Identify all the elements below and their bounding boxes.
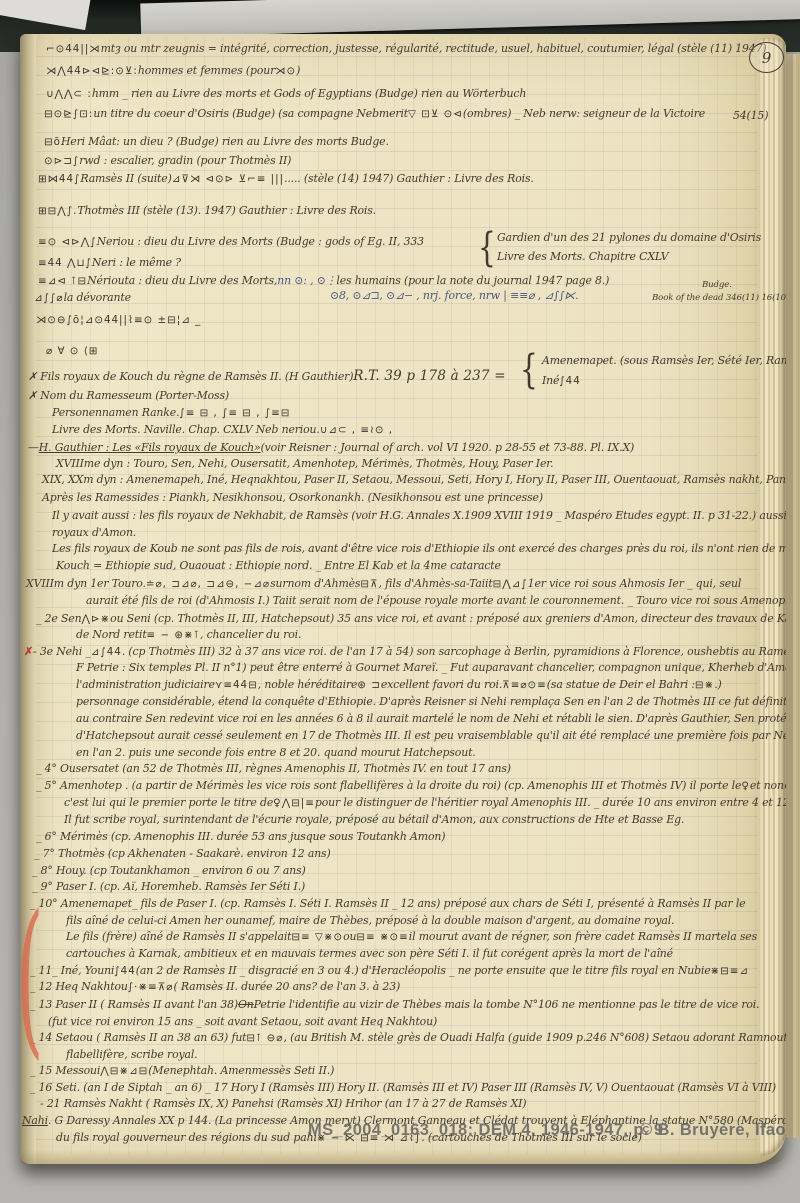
manuscript-lines: ⌐⊙44||⋊ mtȝ ou mtr zeugnis = intégrité, … (20, 34, 786, 1164)
hieroglyph-cluster: ⊟⋇ (695, 680, 714, 690)
text-segment: _ 16 Seti. (an I de Siptah _ an 6) _ 17 … (30, 1083, 776, 1094)
text-segment: Petrie l'identifie au vizir de Thèbes ma… (254, 1000, 760, 1011)
manuscript-line: cartouches à Karnak, ambitieux et en mau… (66, 949, 673, 960)
text-segment: _ 2e Sen (36, 614, 81, 625)
hieroglyph-cluster: ⊟ō (44, 137, 61, 147)
manuscript-line: c'est lui qui le premier porte le titre … (64, 798, 786, 809)
text-segment: royaux d'Amon. (52, 528, 136, 539)
text-segment: ou (343, 932, 356, 943)
text-segment: (sa statue de Deir el Bahri : (547, 680, 695, 691)
hieroglyph-cluster: ∪⋀⋀⊂ : (46, 89, 92, 99)
struck-segment: On (238, 1000, 254, 1011)
text-segment: Il fut scribe royal, surintendant de l'é… (64, 815, 684, 826)
manuscript-line: ≡⊙ ⊲⊳⋀∫ Neriou : dieu du Livre des Morts… (38, 237, 424, 248)
text-segment: ..... (stèle (14) 1947) Gauthier : Livre… (284, 174, 534, 185)
manuscript-line: de Nord retit ≡ − ⊛⋇⊺ , chancelier du ro… (76, 630, 301, 641)
text-segment: , noble héréditaire (258, 680, 358, 691)
manuscript-line: ⌀ ∀ ⊙ ⟨⊞ (46, 346, 98, 357)
manuscript-line: ⊙8, ⊙⊿⊐, ⊙⊿− , nrj. force, nrw | ≡≡⌀ , ⊿… (330, 291, 578, 302)
text-segment: _ 9° Paser I. (cp. Aï, Horemheb. Ramsès … (32, 882, 305, 893)
text-segment: Nériouta : dieu du Livre des Morts, (87, 276, 277, 287)
text-segment: hmm _ rien au Livre des morts et Gods of… (92, 89, 526, 100)
manuscript-line: XVIIIme dyn : Touro, Sen, Nehi, Ousersat… (56, 459, 553, 470)
manuscript-line: ⊞⋈44∫ Ramsès II (suite) ⊿⊽⋊ ⊲⊙⊳ ⊻⌐≡ ||| … (38, 174, 534, 185)
manuscript-line: Book of the dead 346(11) 16(10) (652, 292, 786, 303)
manuscript-line: fils aîné de celui-ci Amen her ounamef, … (66, 916, 674, 927)
manuscript-line: personnage considérable, étend la conquê… (76, 697, 786, 708)
text-segment: Amenemapet. (sous Ramsès Ier, Sété Ier, … (542, 356, 786, 367)
small-note-segment: Budge. (702, 281, 732, 290)
hieroglyph-cluster: ⊞⋈44∫ (38, 174, 80, 184)
text-segment: ✗ Nom du Ramesseum (Porter-Moss) (28, 391, 229, 402)
manuscript-line: Amenemapet. (sous Ramsès Ier, Sété Ier, … (542, 356, 786, 367)
text-segment: la dévorante (64, 293, 131, 304)
text-segment: (ombres) _ Neb nerw: seigneur de la Vict… (463, 109, 705, 120)
text-segment: Heri Mâat: un dieu ? (Budge) rien au Liv… (61, 137, 389, 148)
text-segment: , fils d'Ahmès-sa-Taiit (379, 579, 493, 590)
manuscript-line: Le fils (frère) aîné de Ramsès II s'appe… (66, 932, 757, 943)
text-segment: Neri : le même ? (92, 258, 181, 269)
hieroglyph-cluster: ≐⌀, ⊐⊿⌀, ⊐⊿⊖, −⊿⌀ (146, 579, 270, 589)
text-segment: XIX, XXm dyn : Amenemapeh, Iné, Heqnakht… (42, 475, 786, 486)
manuscript-line: _ 5° Amenhotep . (a partir de Mérimès le… (36, 781, 786, 792)
text-segment: ✗ Fils royaux de Kouch du règne de Ramsè… (28, 372, 353, 383)
hieroglyph-cluster: ⋀⊳⋇ (81, 614, 110, 624)
text-segment: c'est lui qui le premier porte le titre … (64, 798, 273, 809)
hieroglyph-cluster: ⊟≡ ▽⋇⊙ (291, 932, 343, 942)
manuscript-line: _ 8° Houy. (cp Toutankhamon _ environ 6 … (32, 866, 306, 877)
hieroglyph-cluster: ⊟≡ ⋇⊙≡ (356, 932, 408, 942)
text-segment: excellent favori du roi. (381, 680, 502, 691)
manuscript-line: XVIIIm dyn 1er Touro. ≐⌀, ⊐⊿⌀, ⊐⊿⊖, −⊿⌀ … (26, 579, 741, 590)
red-margin-brace: ( (20, 893, 43, 1061)
text-segment: F Petrie : Six temples Pl. II n°1) peut … (76, 663, 786, 674)
text-segment: , chancelier du roi. (200, 630, 301, 641)
watermark: MS_2004_0163_018: DEM 4, 1946-1947, p. 9… (0, 1121, 800, 1143)
manuscript-line: Il fut scribe royal, surintendant de l'é… (64, 815, 684, 826)
hieroglyph-cluster: ⋊⊙ (275, 66, 296, 76)
text-segment: (fut vice roi environ 15 ans _ soit avan… (48, 1017, 437, 1028)
watermark-credit: © B. Bruyère, Ifao (640, 1121, 786, 1140)
hieroglyph-cluster: ∪⊿⊂ , ≡≀⊙ , (320, 425, 393, 435)
hieroglyph-cluster: ⊙⊳⊐∫ (44, 156, 79, 166)
page-number-badge: 9 (749, 42, 784, 73)
text-segment: mtȝ ou mtr zeugnis = intégrité, correcti… (101, 44, 767, 55)
hieroglyph-cluster: ∫44 (559, 376, 580, 386)
text-segment: surnom d'Ahmès (270, 579, 360, 590)
hieroglyph-cluster: ≡⊙ ⊲⊳⋀∫ (38, 237, 97, 247)
manuscript-line: l'administration judiciaire ⋎≡44⊟, noble… (76, 680, 722, 691)
text-segment: _ 5° Amenhotep . (a partir de Mérimès le… (36, 781, 741, 792)
hieroglyph-cluster: ♀⋀⊟|≡ (273, 798, 315, 808)
hieroglyph-cluster: ⋎≡44⊟ (215, 680, 258, 690)
manuscript-line: ≡⊿⊲ ⊺⊟ Nériouta : dieu du Livre des Mort… (38, 276, 609, 287)
manuscript-line: flabellifère, scribe royal. (66, 1050, 197, 1061)
manuscript-line: _ 4° Ousersatet (an 52 de Thotmès III, r… (36, 764, 511, 775)
text-segment: _ 6° Mérimès (cp. Amenophis III. durée 5… (36, 832, 445, 843)
manuscript-line: _ 12 Heq Nakhtou ∫⋅⋇≡⊼⌀ ( Ramsès II. dur… (30, 982, 400, 993)
text-segment: aurait été fils de roi (d'Ahmosis I.) Ta… (86, 596, 786, 607)
scanned-notebook-photo: ⌐⊙44||⋊ mtȝ ou mtr zeugnis = intégrité, … (0, 0, 800, 1203)
text-segment: (voir Reisner : Journal of arch. vol VI … (261, 443, 635, 454)
text-segment: — (28, 443, 39, 454)
manuscript-line: ≡44 ⋀⊔∫ Neri : le même ? (38, 258, 181, 269)
small-note-segment: Book of the dead 346(11) 16(10) (652, 294, 786, 303)
text-segment: (an 2 de Ramsès II _ disgracié en 3 ou 4… (136, 966, 711, 977)
hieroglyph-cluster: ⋊⊙⊖∫ō¦⊿⊙44||⌇≡⊙ ±⊟¦⊿ _ (36, 315, 201, 325)
hieroglyph-cluster: ⌐⊙44||⋊ (46, 44, 101, 54)
curly-brace: { (478, 228, 496, 268)
manuscript-line: _ 2e Sen ⋀⊳⋇ ou Seni (cp. Thotmès II, II… (36, 614, 786, 625)
blue-ink-segment: ⊙8, ⊙⊿⊐, ⊙⊿− , nrj. force, nrw | ≡≡⌀ , ⊿… (330, 291, 578, 302)
text-segment: au contraire Sen redevint vice roi en le… (76, 714, 786, 725)
text-segment: pour le distinguer de l'héritier royal A… (315, 798, 786, 809)
manuscript-line: ⋊⋀44⊳⊲⊵:⊙⊻: hommes et femmes (pour ⋊⊙) (46, 66, 300, 77)
text-segment: _ 7° Thotmès (cp Akhenaten - Saakarè. en… (34, 849, 331, 860)
text-segment: Ramsès II (suite) (80, 174, 171, 185)
manuscript-line: — H. Gauthier : Les «Fils royaux de Kouc… (28, 443, 634, 454)
text-segment: cartouches à Karnak, ambitieux et en mau… (66, 949, 673, 960)
text-segment: hommes et femmes (pour (138, 66, 275, 77)
manuscript-line: Livre des Morts. Chapitre CXLV (497, 252, 668, 263)
text-segment: ( Ramsès II. durée 20 ans? de l'an 3. à … (173, 982, 400, 993)
hieroglyph-cluster: ♀ (741, 781, 750, 791)
manuscript-line: _ 14 Setaou ( Ramsès II an 38 an 63) fut… (30, 1033, 786, 1044)
text-segment: Après les Ramessides : Piankh, Nesikhons… (42, 493, 543, 504)
hieroglyph-cluster: ∫⋅⋇≡⊼⌀ (128, 982, 174, 992)
hieroglyph-cluster: ⋀⊟⋇⊿⊟ (100, 1066, 148, 1076)
hieroglyph-cluster: ⊿⊽⋊ ⊲⊙⊳ ⊻⌐≡ ||| (172, 174, 284, 184)
manuscript-line: Les fils royaux de Koub ne sont pas fils… (52, 544, 786, 555)
hieroglyph-cluster: ⋇⊟≡⊿ (711, 966, 750, 976)
text-segment: XVIIIme dyn : Touro, Sen, Nehi, Ousersat… (56, 459, 553, 470)
hieroglyph-cluster: ⊿∫44 (91, 647, 122, 657)
hieroglyph-cluster: ▽ ⊡⊻ ⊙⊲ (408, 109, 463, 119)
manuscript-line: ⊟ō Heri Mâat: un dieu ? (Budge) rien au … (44, 137, 389, 148)
manuscript-line: ∪⋀⋀⊂ : hmm _ rien au Livre des morts et … (46, 89, 526, 100)
manuscript-line: ⋊⊙⊖∫ō¦⊿⊙44||⌇≡⊙ ±⊟¦⊿ _ (36, 315, 201, 326)
manuscript-line: _ 9° Paser I. (cp. Aï, Horemheb. Ramsès … (32, 882, 305, 893)
text-segment: les humains (pour la note du journal 194… (336, 276, 609, 287)
manuscript-line: (fut vice roi environ 15 ans _ soit avan… (48, 1017, 437, 1028)
text-segment: Iné (542, 376, 559, 387)
manuscript-line: au contraire Sen redevint vice roi en le… (76, 714, 786, 725)
hieroglyph-cluster: ♁ (784, 781, 786, 791)
text-segment: Il y avait aussi : les fils royaux de Ne… (52, 511, 786, 522)
text-segment: Les fils royaux de Koub ne sont pas fils… (52, 544, 786, 555)
curly-brace: { (520, 350, 538, 390)
text-segment: en l'an 2. puis une seconde fois entre 8… (76, 748, 476, 759)
red-x-mark: ✗ (24, 647, 33, 658)
hieroglyph-cluster: ≡ − ⊛⋇⊺ (147, 630, 200, 640)
manuscript-line: ✗ Nom du Ramesseum (Porter-Moss) (28, 391, 229, 402)
hieroglyph-cluster: ∫≡ ⊟ , ∫≡ ⊟ , ∫≡⊟ (179, 408, 290, 418)
text-segment: ) (296, 66, 300, 77)
text-segment: Livre des Morts. Chapitre CXLV (497, 252, 668, 263)
text-segment: (Menephtah. Amenmessès Seti II.) (148, 1066, 334, 1077)
text-segment: il mourut avant de régner, son frère cad… (409, 932, 757, 943)
blue-ink-segment: nn ⊙: , ⊙⋮ (277, 276, 336, 287)
text-segment: . (cp Thotmès III) 32 à 37 ans vice roi.… (122, 647, 786, 658)
manuscript-line: _ 7° Thotmès (cp Akhenaten - Saakarè. en… (34, 849, 331, 860)
text-segment: l'administration judiciaire (76, 680, 215, 691)
manuscript-line: ⊞⊟⋀∫. Thotmès III (stèle (13). 1947) Gau… (38, 206, 376, 217)
hieroglyph-cluster: ⊛ ⊐ (357, 680, 381, 690)
text-segment: et non (750, 781, 784, 792)
text-segment: - 21 Ramsès Nakht ( Ramsès IX, X) Panehs… (40, 1099, 526, 1110)
manuscript-line: _ 13 Paser II ( Ramsès II avant l'an 38)… (30, 1000, 759, 1011)
manuscript-line: ⊙⊳⊐∫ rwd : escalier, gradin (pour Thotmè… (44, 156, 291, 167)
manuscript-line: d'Hatchepsout aurait cessé seulement en … (76, 731, 786, 742)
text-segment: flabellifère, scribe royal. (66, 1050, 197, 1061)
text-segment: , (au British M. stèle grès de Ouadi Hal… (284, 1033, 786, 1044)
text-segment: d'Hatchepsout aurait cessé seulement en … (76, 731, 786, 742)
hieroglyph-cluster: ≡44 ⋀⊔∫ (38, 258, 92, 268)
text-segment: de Nord retit (76, 630, 147, 641)
text-segment: un titre du coeur d'Osiris (Budge) (sa c… (93, 109, 408, 120)
text-segment: Le fils (frère) aîné de Ramsès II s'appe… (66, 932, 291, 943)
hieroglyph-cluster: ⊟⋀⊿∫ (493, 579, 528, 589)
manuscript-line: ⊿∫∫⌀ la dévorante (34, 293, 131, 304)
text-segment: rwd : escalier, gradin (pour Thotmès II) (79, 156, 291, 167)
text-segment: Personennamen Ranke. (52, 408, 179, 419)
text-segment: 54(15) (733, 111, 768, 122)
text-segment: .) (714, 680, 721, 691)
text-segment: Gardien d'un des 21 pylones du domaine d… (497, 233, 761, 244)
text-segment: - 3e Nehi _ (33, 647, 91, 658)
manuscript-line: Budge. (702, 279, 732, 290)
manuscript-line: Personennamen Ranke. ∫≡ ⊟ , ∫≡ ⊟ , ∫≡⊟ (52, 408, 290, 419)
hieroglyph-cluster: ∫44 (114, 966, 135, 976)
text-segment: Livre des Morts. Naville. Chap. CXLV Neb… (52, 425, 320, 436)
hieroglyph-cluster: ⊟⊙⊵∫⊡: (44, 109, 93, 119)
text-segment: _ 4° Ousersatet (an 52 de Thotmès III, r… (36, 764, 511, 775)
manuscript-line: XIX, XXm dyn : Amenemapeh, Iné, Heqnakht… (42, 475, 786, 486)
manuscript-line: _ 6° Mérimès (cp. Amenophis III. durée 5… (36, 832, 445, 843)
manuscript-lines-layer: ⌐⊙44||⋊ mtȝ ou mtr zeugnis = intégrité, … (20, 34, 786, 1164)
hieroglyph-cluster: ⊿∫∫⌀ (34, 293, 64, 303)
manuscript-line: ✗ Fils royaux de Kouch du règne de Ramsè… (28, 370, 506, 384)
hieroglyph-cluster: ≡⊿⊲ ⊺⊟ (38, 276, 87, 286)
manuscript-line: ✗ - 3e Nehi _ ⊿∫44. (cp Thotmès III) 32 … (24, 647, 786, 658)
manuscript-line: Gardien d'un des 21 pylones du domaine d… (497, 233, 761, 244)
text-segment: Kouch = Ethiopie sud, Ouaouat : Ethiopie… (56, 561, 501, 572)
hieroglyph-cluster: ⊞⊟⋀∫. (38, 206, 77, 216)
manuscript-line: Livre des Morts. Naville. Chap. CXLV Neb… (52, 425, 393, 436)
manuscript-line: ⌐⊙44||⋊ mtȝ ou mtr zeugnis = intégrité, … (46, 44, 766, 55)
manuscript-line: aurait été fils de roi (d'Ahmosis I.) Ta… (86, 596, 786, 607)
large-script-segment: R.T. 39 p 178 à 237 = (353, 370, 505, 384)
text-segment: 1er vice roi sous Ahmosis Ier _ qui, seu… (528, 579, 742, 590)
text-segment: personnage considérable, étend la conquê… (76, 697, 786, 708)
hieroglyph-cluster: ⊟⊺ ⊖⌀ (246, 1033, 283, 1043)
manuscript-line: _ 11_ Iné, Youni ∫44 (an 2 de Ramsès II … (30, 966, 749, 977)
text-segment: Neriou : dieu du Livre des Morts (Budge … (97, 237, 424, 248)
manuscript-line: _ 15 Messoui ⋀⊟⋇⊿⊟ (Menephtah. Amenmessè… (30, 1066, 334, 1077)
hieroglyph-cluster: ⊟⊼ (360, 579, 378, 589)
text-segment: fils aîné de celui-ci Amen her ounamef, … (66, 916, 674, 927)
manuscript-line: royaux d'Amon. (52, 528, 136, 539)
hieroglyph-cluster: ⊼≡⌀⊙≡ (502, 680, 547, 690)
manuscript-line: - 21 Ramsès Nakht ( Ramsès IX, X) Panehs… (40, 1099, 526, 1110)
manuscript-line: Iné ∫44 (542, 376, 581, 387)
manuscript-line: _ 16 Seti. (an I de Siptah _ an 6) _ 17 … (30, 1083, 776, 1094)
watermark-id: MS_2004_0163_018: DEM 4, 1946-1947, p. 9 (308, 1121, 663, 1140)
underlying-sheet-edge (784, 54, 800, 1138)
manuscript-line: Après les Ramessides : Piankh, Nesikhons… (42, 493, 543, 504)
manuscript-line: Il y avait aussi : les fils royaux de Ne… (52, 511, 786, 522)
manuscript-line: en l'an 2. puis une seconde fois entre 8… (76, 748, 476, 759)
manuscript-line: _ 10° Amenemapet_ fils de Paser I. (cp. … (30, 899, 745, 910)
text-segment: XVIIIm dyn 1er Touro. (26, 579, 146, 590)
manuscript-line: Kouch = Ethiopie sud, Ouaouat : Ethiopie… (56, 561, 501, 572)
manuscript-line: 54(15) (733, 111, 768, 122)
underlined-segment: H. Gauthier : Les «Fils royaux de Kouch» (39, 443, 261, 454)
text-segment: ou Seni (cp. Thotmès II, III, Hatchepsou… (110, 614, 786, 625)
text-segment: _ 8° Houy. (cp Toutankhamon _ environ 6 … (32, 866, 306, 877)
page-number: 9 (762, 49, 772, 67)
manuscript-line: F Petrie : Six temples Pl. II n°1) peut … (76, 663, 786, 674)
text-segment: Thotmès III (stèle (13). 1947) Gauthier … (77, 206, 376, 217)
manuscript-line: ( (20, 893, 81, 1061)
hieroglyph-cluster: ⋊⋀44⊳⊲⊵:⊙⊻: (46, 66, 138, 76)
manuscript-line: ⊟⊙⊵∫⊡: un titre du coeur d'Osiris (Budge… (44, 109, 705, 120)
text-segment: _ 10° Amenemapet_ fils de Paser I. (cp. … (30, 899, 745, 910)
hieroglyph-cluster: ⌀ ∀ ⊙ ⟨⊞ (46, 346, 98, 356)
